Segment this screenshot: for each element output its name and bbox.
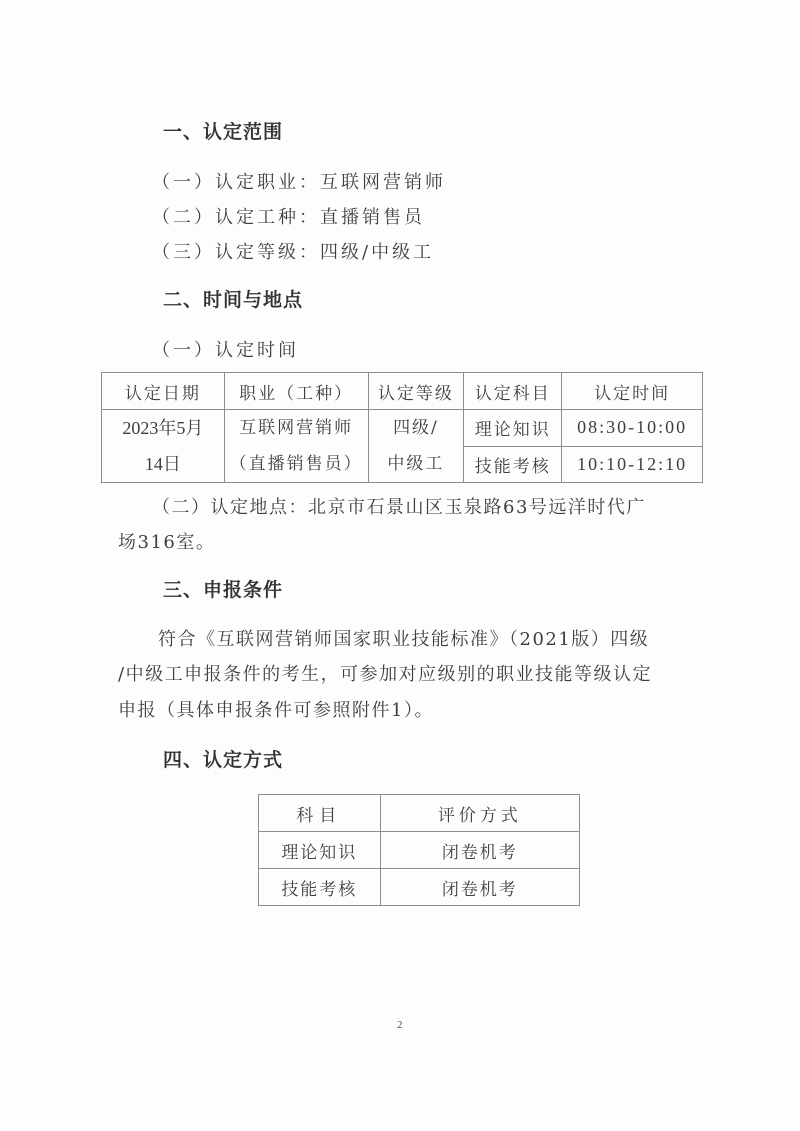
header-occupation: 职业（工种） — [224, 373, 368, 410]
method-header-row: 科目 评价方式 — [259, 795, 580, 832]
date-line-1: 2023年5月 — [102, 410, 224, 446]
date-line-2: 14日 — [102, 446, 224, 482]
scope-item-occupation: （一）认定职业：互联网营销师 — [152, 168, 446, 194]
page-number: 2 — [397, 1019, 403, 1031]
cell-method: 闭卷机考 — [380, 832, 579, 869]
section-heading-scope: 一、认定范围 — [163, 117, 283, 144]
table-row: 技能考核 闭卷机考 — [259, 869, 580, 906]
header-subject: 科目 — [259, 795, 381, 832]
schedule-header-row: 认定日期 职业（工种） 认定等级 认定科目 认定时间 — [102, 373, 703, 410]
occupation-line-2: （直播销售员） — [225, 446, 368, 482]
schedule-table: 认定日期 职业（工种） 认定等级 认定科目 认定时间 2023年5月 14日 互… — [101, 372, 703, 483]
table-row: 理论知识 闭卷机考 — [259, 832, 580, 869]
eligibility-line-2: /中级工申报条件的考生，可参加对应级别的职业技能等级认定 — [118, 660, 652, 686]
cell-time: 10:10-12:10 — [562, 446, 703, 483]
section-heading-method: 四、认定方式 — [163, 745, 283, 772]
scope-item-level: （三）认定等级：四级/中级工 — [152, 238, 434, 264]
occupation-line-1: 互联网营销师 — [225, 410, 368, 446]
method-table: 科目 评价方式 理论知识 闭卷机考 技能考核 闭卷机考 — [258, 794, 580, 906]
cell-method: 闭卷机考 — [380, 869, 579, 906]
table-row: 2023年5月 14日 互联网营销师 （直播销售员） 四级/ 中级工 理论知识 … — [102, 410, 703, 447]
cell-subject: 技能考核 — [259, 869, 381, 906]
section-heading-time-place: 二、时间与地点 — [163, 285, 303, 312]
eligibility-line-3: 申报（具体申报条件可参照附件1）。 — [118, 696, 434, 722]
header-time: 认定时间 — [562, 373, 703, 410]
cell-time: 08:30-10:00 — [562, 410, 703, 447]
header-method: 评价方式 — [380, 795, 579, 832]
cell-date: 2023年5月 14日 — [102, 410, 225, 483]
subheading-time: （一）认定时间 — [152, 336, 299, 362]
cell-subject: 理论知识 — [259, 832, 381, 869]
document-page: 一、认定范围 （一）认定职业：互联网营销师 （二）认定工种：直播销售员 （三）认… — [0, 0, 800, 1131]
header-level: 认定等级 — [368, 373, 464, 410]
cell-occupation: 互联网营销师 （直播销售员） — [224, 410, 368, 483]
location-line-1: （二）认定地点：北京市石景山区玉泉路63号远洋时代广 — [152, 493, 646, 519]
location-line-2: 场316室。 — [118, 528, 215, 554]
cell-level: 四级/ 中级工 — [368, 410, 464, 483]
cell-subject: 技能考核 — [464, 446, 562, 483]
cell-subject: 理论知识 — [464, 410, 562, 447]
scope-item-trade: （二）认定工种：直播销售员 — [152, 203, 425, 229]
eligibility-line-1: 符合《互联网营销师国家职业技能标准》（2021版）四级 — [158, 625, 649, 651]
level-line-2: 中级工 — [369, 446, 464, 482]
header-subject: 认定科目 — [464, 373, 562, 410]
level-line-1: 四级/ — [369, 410, 464, 446]
section-heading-eligibility: 三、申报条件 — [163, 575, 283, 602]
header-date: 认定日期 — [102, 373, 225, 410]
